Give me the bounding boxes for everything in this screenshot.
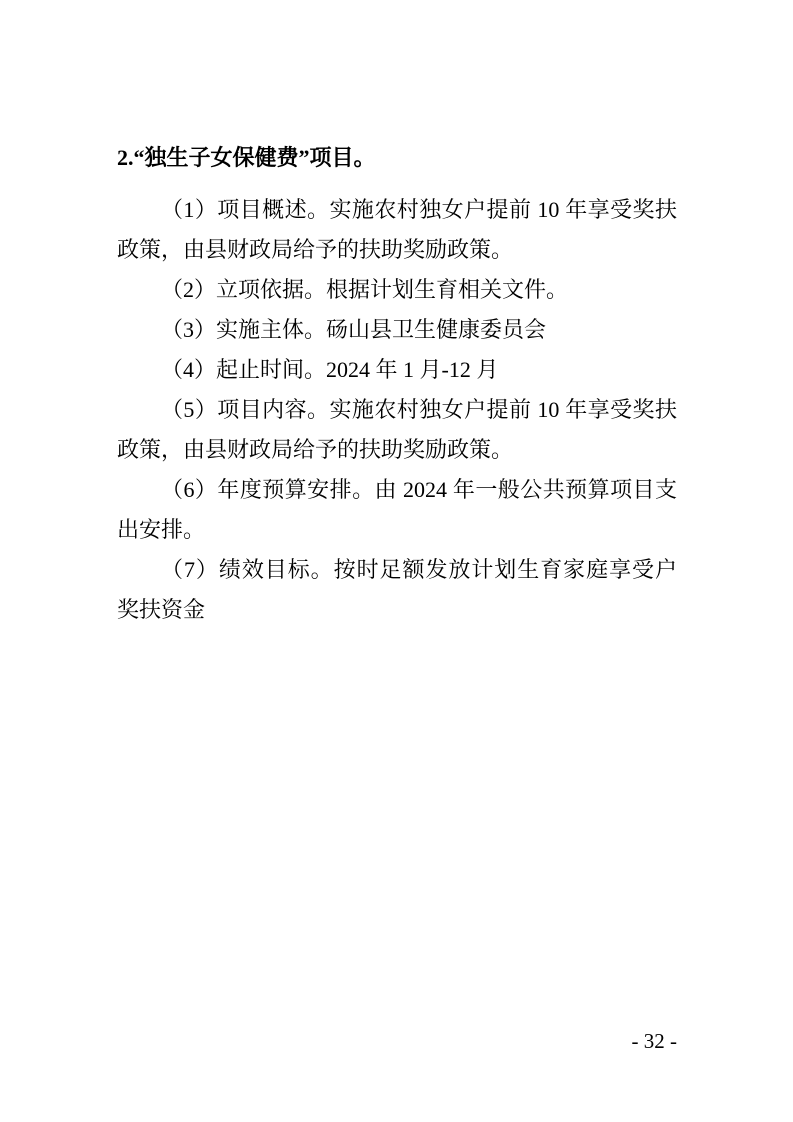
document-content: 2.“独生子女保健费”项目。 （1）项目概述。实施农村独女户提前 10 年享受奖… [117,140,677,630]
paragraph-line: （3）实施主体。砀山县卫生健康委员会 [117,310,677,350]
paragraph-list: （1）项目概述。实施农村独女户提前 10 年享受奖扶政策，由县财政局给予的扶助奖… [117,190,677,630]
document-page: 2.“独生子女保健费”项目。 （1）项目概述。实施农村独女户提前 10 年享受奖… [0,0,793,1122]
paragraph-line: 政策，由县财政局给予的扶助奖励政策。 [117,430,677,470]
paragraph-line: （1）项目概述。实施农村独女户提前 10 年享受奖扶 [117,190,677,230]
paragraph-line: （5）项目内容。实施农村独女户提前 10 年享受奖扶 [117,390,677,430]
paragraph-line: 政策，由县财政局给予的扶助奖励政策。 [117,230,677,270]
section-heading: 2.“独生子女保健费”项目。 [117,140,677,176]
paragraph-line: （2）立项依据。根据计划生育相关文件。 [117,270,677,310]
paragraph-line: （4）起止时间。2024 年 1 月-12 月 [117,350,677,390]
paragraph-line: 出安排。 [117,510,677,550]
page-number: - 32 - [632,1029,678,1053]
paragraph-line: （7）绩效目标。按时足额发放计划生育家庭享受户 [117,550,677,590]
page-footer: - 32 - [117,1029,677,1053]
paragraph-line: 奖扶资金 [117,590,677,630]
paragraph-line: （6）年度预算安排。由 2024 年一般公共预算项目支 [117,470,677,510]
